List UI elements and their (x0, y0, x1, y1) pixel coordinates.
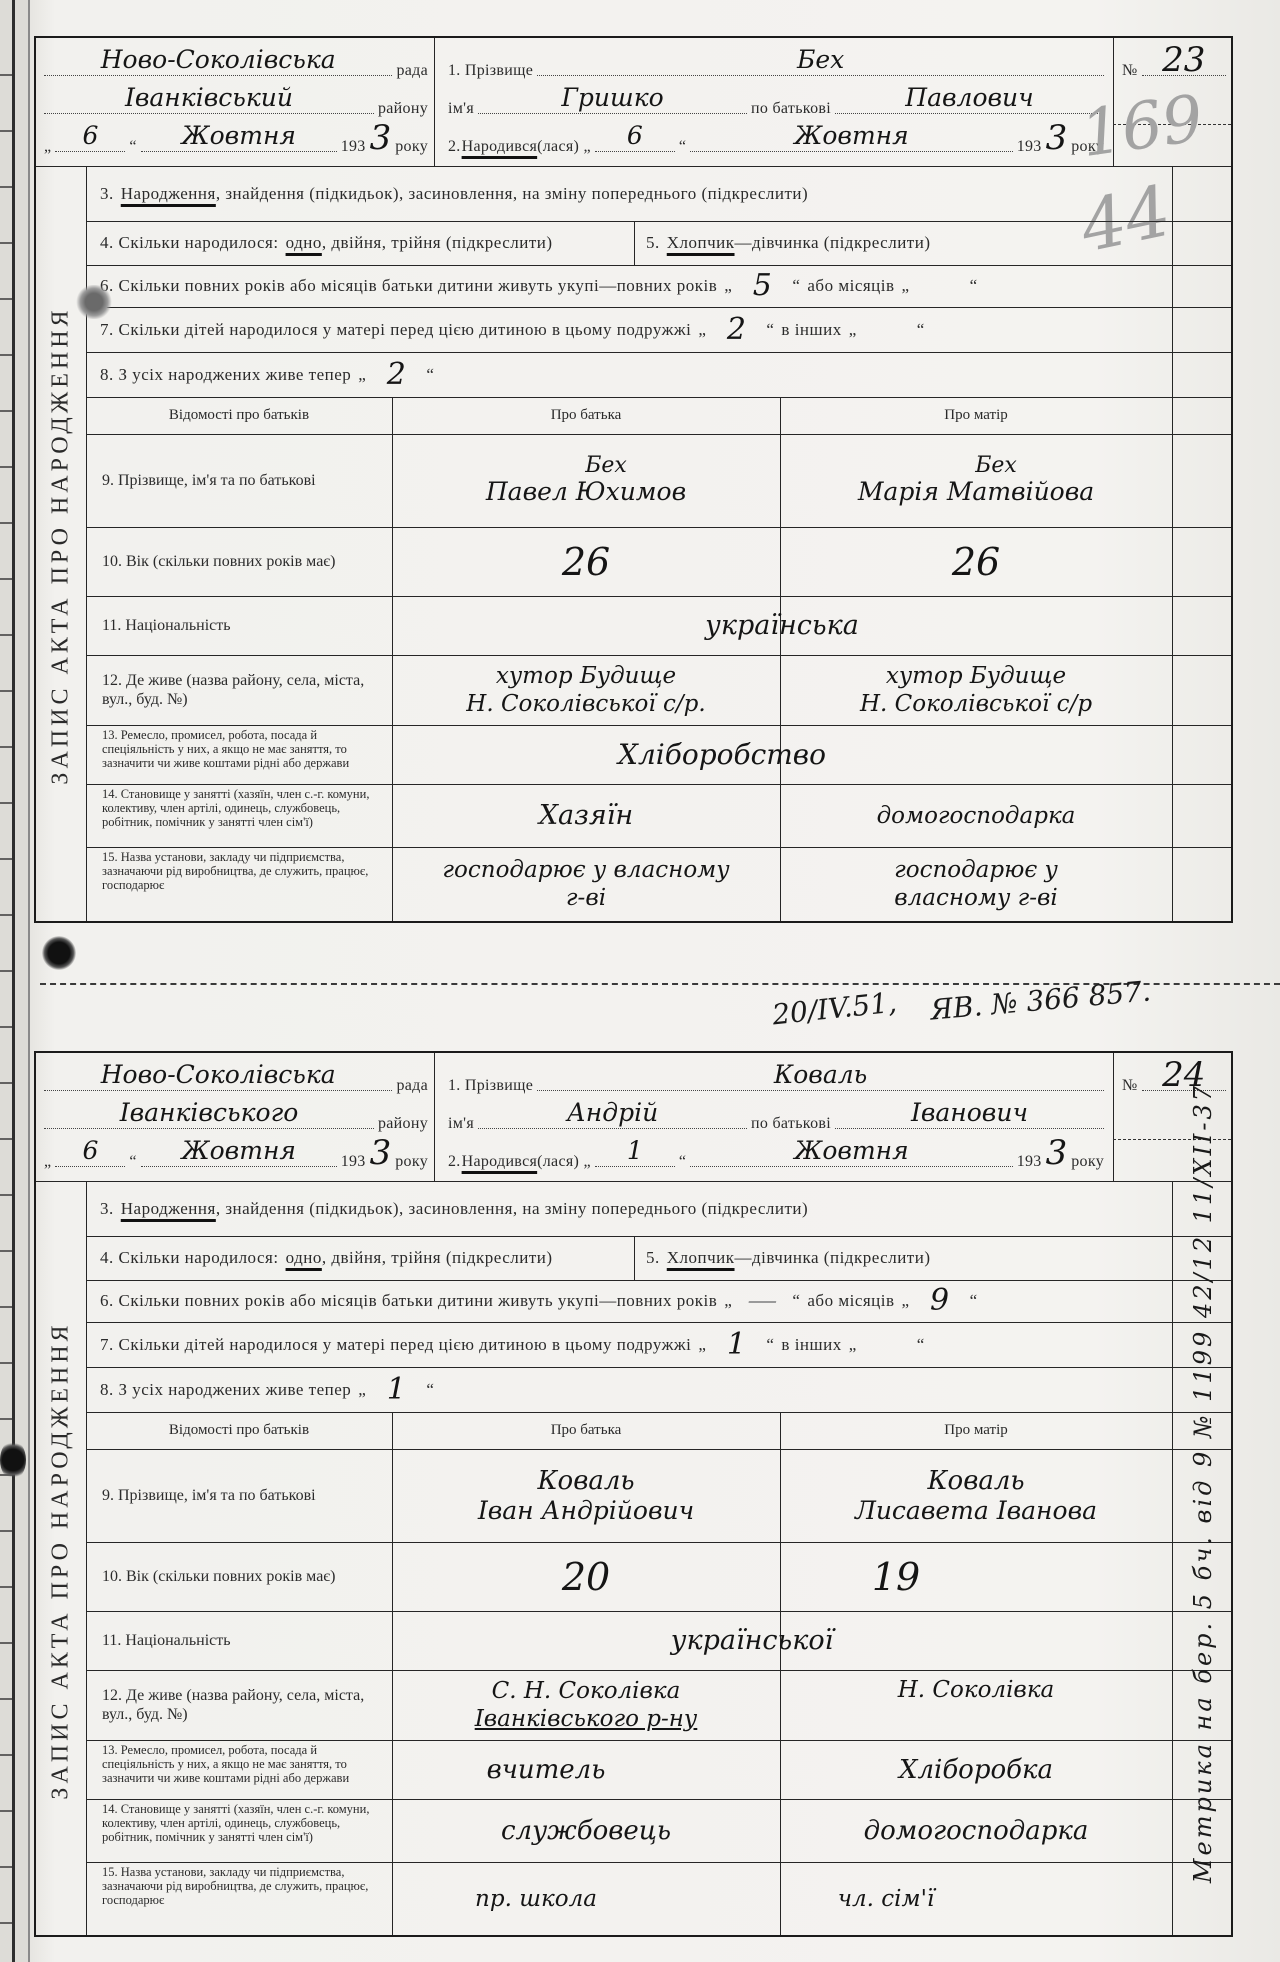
side-strip: ЗАПИС АКТА ПРО НАРОДЖЕННЯ (36, 1181, 86, 1940)
quote-close: “ (792, 1291, 800, 1311)
q5-rest: —дівчинка (підкреслити) (735, 1248, 931, 1268)
number-cell-divider (1113, 1053, 1114, 1181)
mother-age-value: 26 (952, 542, 1000, 582)
mother-workplace: господарює у власному г-ві (782, 847, 1170, 921)
birth-month-field: Жовтня (690, 1133, 1012, 1167)
q5-rest: —дівчинка (підкреслити) (735, 233, 931, 253)
surname-field: Коваль (537, 1057, 1104, 1091)
q2-rest: (лася) „ (537, 1153, 591, 1171)
year-label: року (395, 1153, 428, 1171)
mother-column-divider (780, 397, 781, 921)
council-label: рада (396, 62, 428, 80)
q5-underlined-choice: Хлопчик (667, 233, 735, 253)
q4-underlined-choice: одно (286, 1248, 322, 1268)
quote-close: “ (917, 320, 925, 340)
quote-open: „ (902, 1291, 910, 1311)
q6-months-label: або місяців (807, 276, 894, 296)
adjacent-page-edge (0, 0, 30, 1962)
year-prefix: 193 (341, 1153, 366, 1171)
name-label: ім'я (448, 100, 474, 118)
father-age: 26 (394, 527, 778, 596)
name-label: ім'я (448, 1115, 474, 1133)
father-age: 20 (394, 1542, 778, 1611)
quote-open: „ (724, 276, 732, 296)
q8-value: 2 (373, 360, 419, 390)
quote-open: „ (849, 1335, 857, 1355)
father-name: Іван Андрійович (478, 1496, 694, 1526)
birth-day-value: 6 (627, 121, 643, 151)
mother-workplace: чл. сім'ї (782, 1862, 1170, 1935)
q8-alive-children: 8. З усіх народжених живе тепер „ 1 “ (100, 1367, 1160, 1412)
father-workplace: пр. школа (394, 1862, 778, 1935)
council-field: Ново-Соколівська (44, 42, 392, 76)
q12-label: 12. Де живе (назва району, села, міста, … (96, 655, 388, 725)
birth-month-field: Жовтня (690, 118, 1012, 152)
mother-column-divider (780, 1412, 781, 1935)
birth-record-form-2: Ново-Соколівська рада Іванківського райо… (34, 1051, 1233, 1937)
q6-cohabitation: 6. Скільки повних років або місяців бать… (100, 1280, 1160, 1322)
q7-this-marriage-value: 1 (713, 1330, 759, 1360)
birth-year-digit: 3 (1046, 1137, 1068, 1169)
birth-day-value: 1 (627, 1136, 643, 1166)
q3-number: 3. (100, 184, 114, 204)
q3-birth-type: 3. Народження, знайдення (підкидьок), за… (100, 166, 1160, 221)
father-address: С. Н. Соколівка Іванківського р-ну (394, 1670, 778, 1740)
patronymic-field: Іванович (835, 1095, 1104, 1129)
surname-field: Бех (537, 42, 1104, 76)
father-column-divider (392, 397, 393, 921)
mother-workplace-line1: господарює у (894, 856, 1058, 884)
father-address-line1: хутор Будище (496, 662, 676, 690)
birth-date-line: 2. Народився (лася) „ 1 “ Жовтня 193 3 р… (448, 1135, 1104, 1171)
council-value: Ново-Соколівська (101, 45, 336, 75)
occupation-value: Хліборобство (618, 740, 826, 770)
reg-year-digit: 3 (370, 1137, 392, 1169)
record-number-field: 23 (1142, 42, 1226, 76)
row4-divider (634, 221, 635, 265)
q8-label: 8. З усіх народжених живе тепер (100, 365, 351, 385)
quote-close: “ (679, 138, 686, 156)
nationality: української (394, 1611, 1170, 1670)
father-status-value: службовець (501, 1816, 671, 1846)
q2-born-underlined: Народився (462, 1153, 538, 1171)
header-divider (434, 1053, 435, 1181)
surname-line: 1. Прізвище Бех (448, 44, 1104, 80)
q6-years-value: 5 (739, 271, 785, 301)
parents-header: Відомості про батьків (86, 397, 392, 434)
q4-rest: , двійня, трійня (підкреслити) (322, 233, 553, 253)
mother-status-value: домогосподарка (864, 1816, 1089, 1846)
reg-month-value: Жовтня (182, 121, 296, 151)
side-strip: ЗАПИС АКТА ПРО НАРОДЖЕННЯ (36, 166, 86, 925)
registration-date-line: „ 6 “ Жовтня 193 3 року (44, 1135, 428, 1171)
side-note-text: Метрика на бер. 5 бч. від 9 № 1199 42/12… (1189, 1083, 1217, 1883)
q9-label: 9. Прізвище, ім'я та по батькові (96, 1449, 388, 1542)
q10-label: 10. Вік (скільки повних років має) (96, 1542, 388, 1611)
name-line: ім'я Гришко по батькові Павлович (448, 82, 1104, 118)
q6-months-label: або місяців (807, 1291, 894, 1311)
margin-side-note: Метрика на бер. 5 бч. від 9 № 1199 42/12… (1174, 1033, 1232, 1933)
father-address-line2: Іванківського р-ну (475, 1705, 698, 1733)
q6-cohabitation: 6. Скільки повних років або місяців бать… (100, 265, 1160, 307)
mother-header: Про матір (780, 1412, 1172, 1449)
q5-sex: 5. Хлопчик—дівчинка (підкреслити) (646, 1236, 1166, 1280)
father-age-value: 26 (562, 542, 610, 582)
q3-birth-type: 3. Народження, знайдення (підкидьок), за… (100, 1181, 1160, 1236)
quote-open: „ (44, 138, 51, 156)
nationality: українська (394, 596, 1170, 655)
father-status: службовець (394, 1799, 778, 1862)
name-value: Андрій (567, 1098, 658, 1128)
quote-close: “ (129, 138, 136, 156)
q5-sex: 5. Хлопчик—дівчинка (підкреслити) (646, 221, 1166, 265)
page-fold-line (28, 0, 30, 1962)
quote-close: “ (426, 1380, 434, 1400)
quote-close: “ (426, 365, 434, 385)
mother-workplace-line2: власному г-ві (894, 884, 1057, 912)
year-label: року (395, 138, 428, 156)
nationality-value: української (671, 1626, 833, 1656)
father-workplace: господарює у власному г-ві (394, 847, 778, 921)
reg-year-digit: 3 (370, 122, 392, 154)
name-value: Гришко (561, 83, 663, 113)
q4-label: 4. Скільки народилося: (100, 233, 279, 253)
surname-value: Бех (797, 45, 844, 75)
mother-full-name: Бех Марія Матвійова (782, 436, 1170, 525)
father-status-value: Хазяїн (539, 801, 633, 831)
quote-close: “ (766, 320, 774, 340)
mother-address: хутор Будище Н. Соколівської с/р (782, 655, 1170, 725)
quote-open: „ (44, 1153, 51, 1171)
q3-number: 3. (100, 1199, 114, 1219)
district-line: Іванківський району (44, 82, 428, 118)
occupation: Хліборобство (394, 725, 1170, 784)
reg-day-value: 6 (82, 1136, 98, 1166)
q2-number: 2. (448, 1153, 461, 1171)
father-address-line1: С. Н. Соколівка (492, 1677, 681, 1705)
quote-open: „ (358, 1380, 366, 1400)
father-header: Про батька (392, 1412, 780, 1449)
q8-label: 8. З усіх народжених живе тепер (100, 1380, 351, 1400)
council-line: Ново-Соколівська рада (44, 1059, 428, 1095)
q6-months-value: 9 (917, 1286, 963, 1316)
number-sign: № (1122, 62, 1138, 80)
q14-label: 14. Становище у занятті (хазяїн, член с.… (96, 784, 388, 847)
q11-label: 11. Національність (96, 1611, 388, 1670)
council-line: Ново-Соколівська рада (44, 44, 428, 80)
q8-alive-children: 8. З усіх народжених живе тепер „ 2 “ (100, 352, 1160, 397)
father-name: Павел Юхимов (486, 477, 686, 507)
q7-label: 7. Скільки дітей народилося у матері пер… (100, 1335, 691, 1355)
mother-age: 26 (782, 527, 1170, 596)
q15-label: 15. Назва установи, закладу чи підприємс… (96, 847, 388, 921)
reg-month-field: Жовтня (141, 1133, 337, 1167)
record-number-line: № 23 (1122, 44, 1226, 80)
q4-rest: , двійня, трійня (підкреслити) (322, 1248, 553, 1268)
mother-status: домогосподарка (782, 784, 1170, 847)
q13-label: 13. Ремесло, промисел, робота, посада й … (96, 1740, 388, 1799)
father-header: Про батька (392, 397, 780, 434)
quote-open: „ (698, 320, 706, 340)
q6-label: 6. Скільки повних років або місяців бать… (100, 1291, 717, 1311)
q7-other-label: в інших (781, 1335, 841, 1355)
q5-underlined-choice: Хлопчик (667, 1248, 735, 1268)
torn-hole (42, 936, 76, 970)
q3-rest: , знайдення (підкидьок), засиновлення, н… (216, 184, 808, 204)
district-value: Іванківський (125, 83, 293, 113)
father-age-value: 20 (562, 1557, 610, 1597)
q7-this-marriage-value: 2 (713, 315, 759, 345)
father-occupation: вчитель (394, 1740, 778, 1799)
reg-day-field: 6 (55, 118, 125, 152)
row4-divider (634, 1236, 635, 1280)
birth-day-field: 1 (595, 1133, 675, 1167)
surname-label: 1. Прізвище (448, 62, 533, 80)
district-label: району (378, 100, 428, 118)
year-prefix: 193 (1017, 138, 1042, 156)
q7-label: 7. Скільки дітей народилося у матері пер… (100, 320, 691, 340)
q11-label: 11. Національність (96, 596, 388, 655)
quote-close: “ (766, 1335, 774, 1355)
header-divider (434, 38, 435, 166)
patronymic-value: Павлович (905, 83, 1033, 113)
q6-years-value: — (739, 1286, 785, 1316)
quote-close: “ (792, 276, 800, 296)
quote-close: “ (917, 1335, 925, 1355)
mother-name: Марія Матвійова (858, 477, 1094, 507)
district-value: Іванківського (120, 1098, 299, 1128)
q2-rest: (лася) „ (537, 138, 591, 156)
father-surname: Коваль (537, 1466, 634, 1496)
q13-label: 13. Ремесло, промисел, робота, посада й … (96, 725, 388, 784)
reg-day-value: 6 (82, 121, 98, 151)
birth-date-line: 2. Народився (лася) „ 6 “ Жовтня 193 3 р… (448, 120, 1104, 156)
name-field: Гришко (478, 80, 747, 114)
q7-previous-children: 7. Скільки дітей народилося у матері пер… (100, 1322, 1160, 1367)
mother-age-value: 19 (872, 1557, 920, 1597)
father-full-name: Коваль Іван Андрійович (394, 1451, 778, 1540)
mother-surname: Бех (975, 455, 1017, 477)
quote-close: “ (970, 1291, 978, 1311)
quote-open: „ (902, 276, 910, 296)
name-field: Андрій (478, 1095, 747, 1129)
quote-close: “ (679, 1153, 686, 1171)
form-title: ЗАПИС АКТА ПРО НАРОДЖЕННЯ (48, 306, 75, 784)
father-address-line2: Н. Соколівської с/р. (466, 690, 705, 718)
birth-month-value: Жовтня (794, 121, 908, 151)
father-workplace-line1: господарює у власному (442, 856, 729, 884)
surname-label: 1. Прізвище (448, 1077, 533, 1095)
record-number-value: 23 (1162, 45, 1205, 75)
torn-hole (0, 1440, 26, 1480)
form-title: ЗАПИС АКТА ПРО НАРОДЖЕННЯ (48, 1321, 75, 1799)
district-field: Іванківського (44, 1095, 374, 1129)
q6-label: 6. Скільки повних років або місяців бать… (100, 276, 717, 296)
patronymic-value: Іванович (911, 1098, 1028, 1128)
mother-status-value: домогосподарка (877, 802, 1076, 830)
mother-status: домогосподарка (782, 1799, 1170, 1862)
q7-other-label: в інших (781, 320, 841, 340)
parents-header: Відомості про батьків (86, 1412, 392, 1449)
father-surname: Бех (585, 455, 627, 477)
quote-close: “ (129, 1153, 136, 1171)
reg-day-field: 6 (55, 1133, 125, 1167)
q5-number: 5. (646, 233, 660, 253)
mother-address: Н. Соколівка (782, 1670, 1170, 1740)
side-strip-divider (86, 1181, 87, 1935)
father-address: хутор Будище Н. Соколівської с/р. (394, 655, 778, 725)
side-strip-divider (86, 166, 87, 921)
year-prefix: 193 (341, 138, 366, 156)
father-workplace-line1: пр. школа (475, 1885, 597, 1913)
council-value: Ново-Соколівська (101, 1060, 336, 1090)
mother-address-line2: Н. Соколівської с/р (860, 690, 1092, 718)
council-label: рада (396, 1077, 428, 1095)
mother-full-name: Коваль Лисавета Іванова (782, 1451, 1170, 1540)
pencil-mark: 169 (1076, 82, 1207, 172)
q3-rest: , знайдення (підкидьок), засиновлення, н… (216, 1199, 808, 1219)
q3-underlined-choice: Народження (121, 184, 216, 204)
father-status: Хазяїн (394, 784, 778, 847)
quote-open: „ (698, 1335, 706, 1355)
q15-label: 15. Назва установи, закладу чи підприємс… (96, 1862, 388, 1935)
mother-workplace-line1: чл. сім'ї (838, 1885, 935, 1913)
father-full-name: Бех Павел Юхимов (394, 436, 778, 525)
district-line: Іванківського району (44, 1097, 428, 1133)
q4-label: 4. Скільки народилося: (100, 1248, 279, 1268)
quote-open: „ (358, 365, 366, 385)
reg-month-field: Жовтня (141, 118, 337, 152)
q7-previous-children: 7. Скільки дітей народилося у матері пер… (100, 307, 1160, 352)
q4-underlined-choice: одно (286, 233, 322, 253)
q2-number: 2. (448, 138, 461, 156)
patronymic-label: по батькові (751, 100, 831, 118)
q3-underlined-choice: Народження (121, 1199, 216, 1219)
patronymic-label: по батькові (751, 1115, 831, 1133)
quote-open: „ (849, 320, 857, 340)
ink-stain (76, 285, 112, 319)
q10-label: 10. Вік (скільки повних років має) (96, 527, 388, 596)
mother-address-line1: хутор Будище (886, 662, 1066, 690)
father-workplace-line2: г-ві (566, 884, 606, 912)
district-field: Іванківський (44, 80, 374, 114)
patronymic-field: Павлович (835, 80, 1104, 114)
quote-open: „ (724, 1291, 732, 1311)
mother-occupation-value: Хліборобка (899, 1755, 1053, 1785)
mother-surname: Коваль (927, 1466, 1024, 1496)
birth-day-field: 6 (595, 118, 675, 152)
q14-label: 14. Становище у занятті (хазяїн, член с.… (96, 1799, 388, 1862)
year-prefix: 193 (1017, 1153, 1042, 1171)
mother-age: 19 (782, 1542, 1170, 1611)
mother-address-line1: Н. Соколівка (898, 1676, 1055, 1704)
year-label: року (1071, 1153, 1104, 1171)
nationality-value: українська (705, 611, 859, 641)
binding-line (12, 0, 15, 1962)
reg-month-value: Жовтня (182, 1136, 296, 1166)
q2-born-underlined: Народився (462, 138, 538, 156)
q4-count: 4. Скільки народилося: одно, двійня, трі… (100, 221, 630, 265)
adjacent-page-ruling (0, 20, 12, 1960)
margin-column-divider (1172, 1181, 1173, 1935)
father-column-divider (392, 1412, 393, 1935)
registration-date-line: „ 6 “ Жовтня 193 3 року (44, 120, 428, 156)
name-line: ім'я Андрій по батькові Іванович (448, 1097, 1104, 1133)
quote-close: “ (970, 276, 978, 296)
mother-occupation: Хліборобка (782, 1740, 1170, 1799)
surname-value: Коваль (774, 1060, 867, 1090)
q8-value: 1 (373, 1375, 419, 1405)
father-occupation-value: вчитель (487, 1755, 606, 1785)
surname-line: 1. Прізвище Коваль (448, 1059, 1104, 1095)
q5-number: 5. (646, 1248, 660, 1268)
council-field: Ново-Соколівська (44, 1057, 392, 1091)
birth-year-digit: 3 (1046, 122, 1068, 154)
mother-name: Лисавета Іванова (855, 1496, 1097, 1526)
q12-label: 12. Де живе (назва району, села, міста, … (96, 1670, 388, 1740)
q4-count: 4. Скільки народилося: одно, двійня, трі… (100, 1236, 630, 1280)
q9-label: 9. Прізвище, ім'я та по батькові (96, 434, 388, 527)
district-label: району (378, 1115, 428, 1133)
birth-record-form-1: Ново-Соколівська рада Іванківський район… (34, 36, 1233, 923)
birth-month-value: Жовтня (794, 1136, 908, 1166)
number-sign: № (1122, 1077, 1138, 1095)
mother-header: Про матір (780, 397, 1172, 434)
margin-column-divider (1172, 166, 1173, 921)
